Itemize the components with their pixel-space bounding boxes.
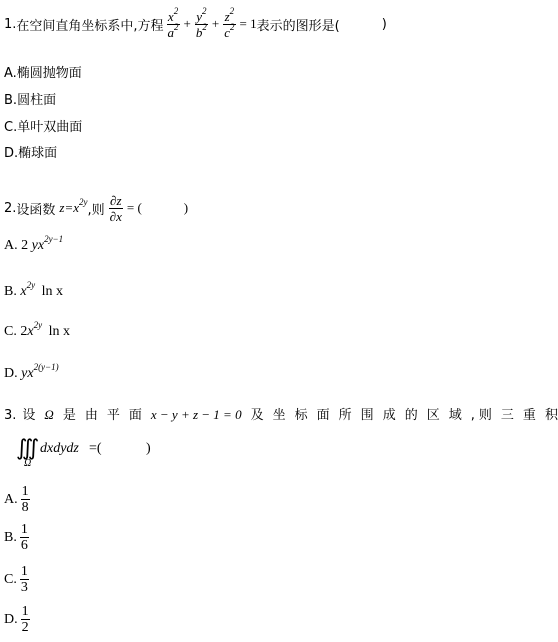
q2-option-c: C. 2x2y ln x bbox=[4, 324, 70, 340]
plus-sign: + bbox=[184, 16, 191, 32]
question-2-close: ) bbox=[184, 200, 188, 216]
fraction: 16 bbox=[20, 522, 29, 553]
partial-derivative: ∂z ∂x bbox=[109, 193, 123, 224]
q1-option-c: C.单叶双曲面 bbox=[4, 116, 82, 135]
question-2-stem: 2. 设函数 z=x2y ,则 ∂z ∂x = ( ) bbox=[4, 190, 188, 226]
plus-sign: + bbox=[212, 16, 219, 32]
q3-option-d: D. 12 bbox=[4, 604, 30, 635]
option-label: D. bbox=[4, 146, 18, 161]
option-body: yx2(y−1) bbox=[21, 366, 59, 381]
option-text: 椭球面 bbox=[18, 146, 57, 161]
word: 成 bbox=[383, 408, 396, 423]
fraction-y2-b2: y2 b2 bbox=[195, 9, 208, 40]
word: 则 bbox=[479, 408, 492, 423]
option-text: 单叶双曲面 bbox=[17, 120, 82, 135]
question-1-number: 1. bbox=[4, 17, 16, 32]
option-label: D. bbox=[4, 612, 18, 628]
option-body: x2y bbox=[27, 324, 42, 339]
fraction: 12 bbox=[21, 604, 30, 635]
word: 标 bbox=[295, 408, 308, 423]
q2-option-d: D. yx2(y−1) bbox=[4, 366, 59, 382]
q2-option-a: A. 2 yx2y−1 bbox=[4, 238, 63, 254]
word: 所 bbox=[339, 408, 352, 423]
option-label: C. bbox=[4, 120, 17, 135]
q3-option-b: B. 16 bbox=[4, 522, 29, 553]
option-text: 圆柱面 bbox=[17, 93, 56, 108]
word: 围 bbox=[361, 408, 374, 423]
q2-option-b: B. x2y ln x bbox=[4, 284, 63, 300]
question-1-close: ) bbox=[382, 17, 387, 32]
q3-option-a: A. 18 bbox=[4, 484, 30, 515]
q1-option-b: B.圆柱面 bbox=[4, 89, 56, 108]
word: 坐 bbox=[273, 408, 286, 423]
question-1-suffix: 表示的图形是( bbox=[257, 15, 340, 34]
word: 由 bbox=[85, 408, 98, 423]
word: 区 bbox=[427, 408, 440, 423]
question-3-stem-line1: 3.设Ω是由平面x − y + z − 1 = 0及坐标面所围成的区域,则三重积… bbox=[4, 404, 558, 423]
word: 是 bbox=[63, 408, 76, 423]
option-label: C. bbox=[4, 572, 17, 588]
word: 的 bbox=[405, 408, 418, 423]
word: 积 bbox=[545, 408, 558, 423]
word: 重 bbox=[523, 408, 536, 423]
question-2-prefix: 设函数 bbox=[16, 199, 55, 218]
option-label: A. bbox=[4, 492, 18, 508]
word: 设 bbox=[22, 408, 35, 423]
word: 三 bbox=[501, 408, 514, 423]
q1-option-a: A.椭圆抛物面 bbox=[4, 62, 82, 81]
word: 面 bbox=[317, 408, 330, 423]
fraction-x2-a2: x2 a2 bbox=[167, 9, 180, 40]
fraction: 18 bbox=[21, 484, 30, 515]
option-label: C. bbox=[4, 324, 17, 339]
option-text: 椭圆抛物面 bbox=[17, 66, 82, 81]
option-label: A. bbox=[4, 66, 17, 81]
question-2-eq: = ( bbox=[127, 200, 142, 216]
question-3-number: 3. bbox=[4, 408, 16, 423]
integrand: dxdydz bbox=[40, 441, 79, 457]
word: 及 bbox=[251, 408, 264, 423]
word: 平 bbox=[107, 408, 120, 423]
fraction-z2-c2: z2 c2 bbox=[223, 9, 235, 40]
question-2-number: 2. bbox=[4, 201, 16, 216]
question-2-mid: ,则 bbox=[88, 199, 105, 218]
fraction: 13 bbox=[20, 564, 29, 595]
option-label: B. bbox=[4, 284, 17, 299]
word: 面 bbox=[129, 408, 142, 423]
option-body: yx2y−1 bbox=[32, 238, 64, 253]
q1-option-d: D.椭球面 bbox=[4, 142, 57, 161]
option-coef: 2 bbox=[21, 238, 28, 253]
word: 域 bbox=[449, 408, 462, 423]
option-label: B. bbox=[4, 530, 17, 546]
question-1-prefix: 在空间直角坐标系中,方程 bbox=[16, 15, 163, 34]
question-1-stem: 1. 在空间直角坐标系中,方程 x2 a2 + y2 b2 + z2 c2 = … bbox=[4, 6, 387, 42]
option-tail: ln x bbox=[42, 284, 63, 299]
integral-region: Ω bbox=[24, 458, 31, 469]
integral-close: ) bbox=[146, 441, 151, 457]
plane-equation: x − y + z − 1 = 0 bbox=[151, 407, 242, 422]
omega-symbol: Ω bbox=[44, 407, 53, 422]
equals-one: = 1 bbox=[240, 16, 257, 32]
option-label: D. bbox=[4, 366, 18, 381]
option-label: B. bbox=[4, 93, 17, 108]
option-label: A. bbox=[4, 238, 18, 253]
function-def: z=x2y bbox=[59, 200, 87, 216]
q3-option-c: C. 13 bbox=[4, 564, 29, 595]
option-body: x2y bbox=[20, 284, 35, 299]
option-tail: ln x bbox=[49, 324, 70, 339]
integral-eq: =( bbox=[89, 441, 102, 457]
triple-integral-icon: ∭ bbox=[16, 436, 39, 460]
word: , bbox=[471, 408, 475, 423]
